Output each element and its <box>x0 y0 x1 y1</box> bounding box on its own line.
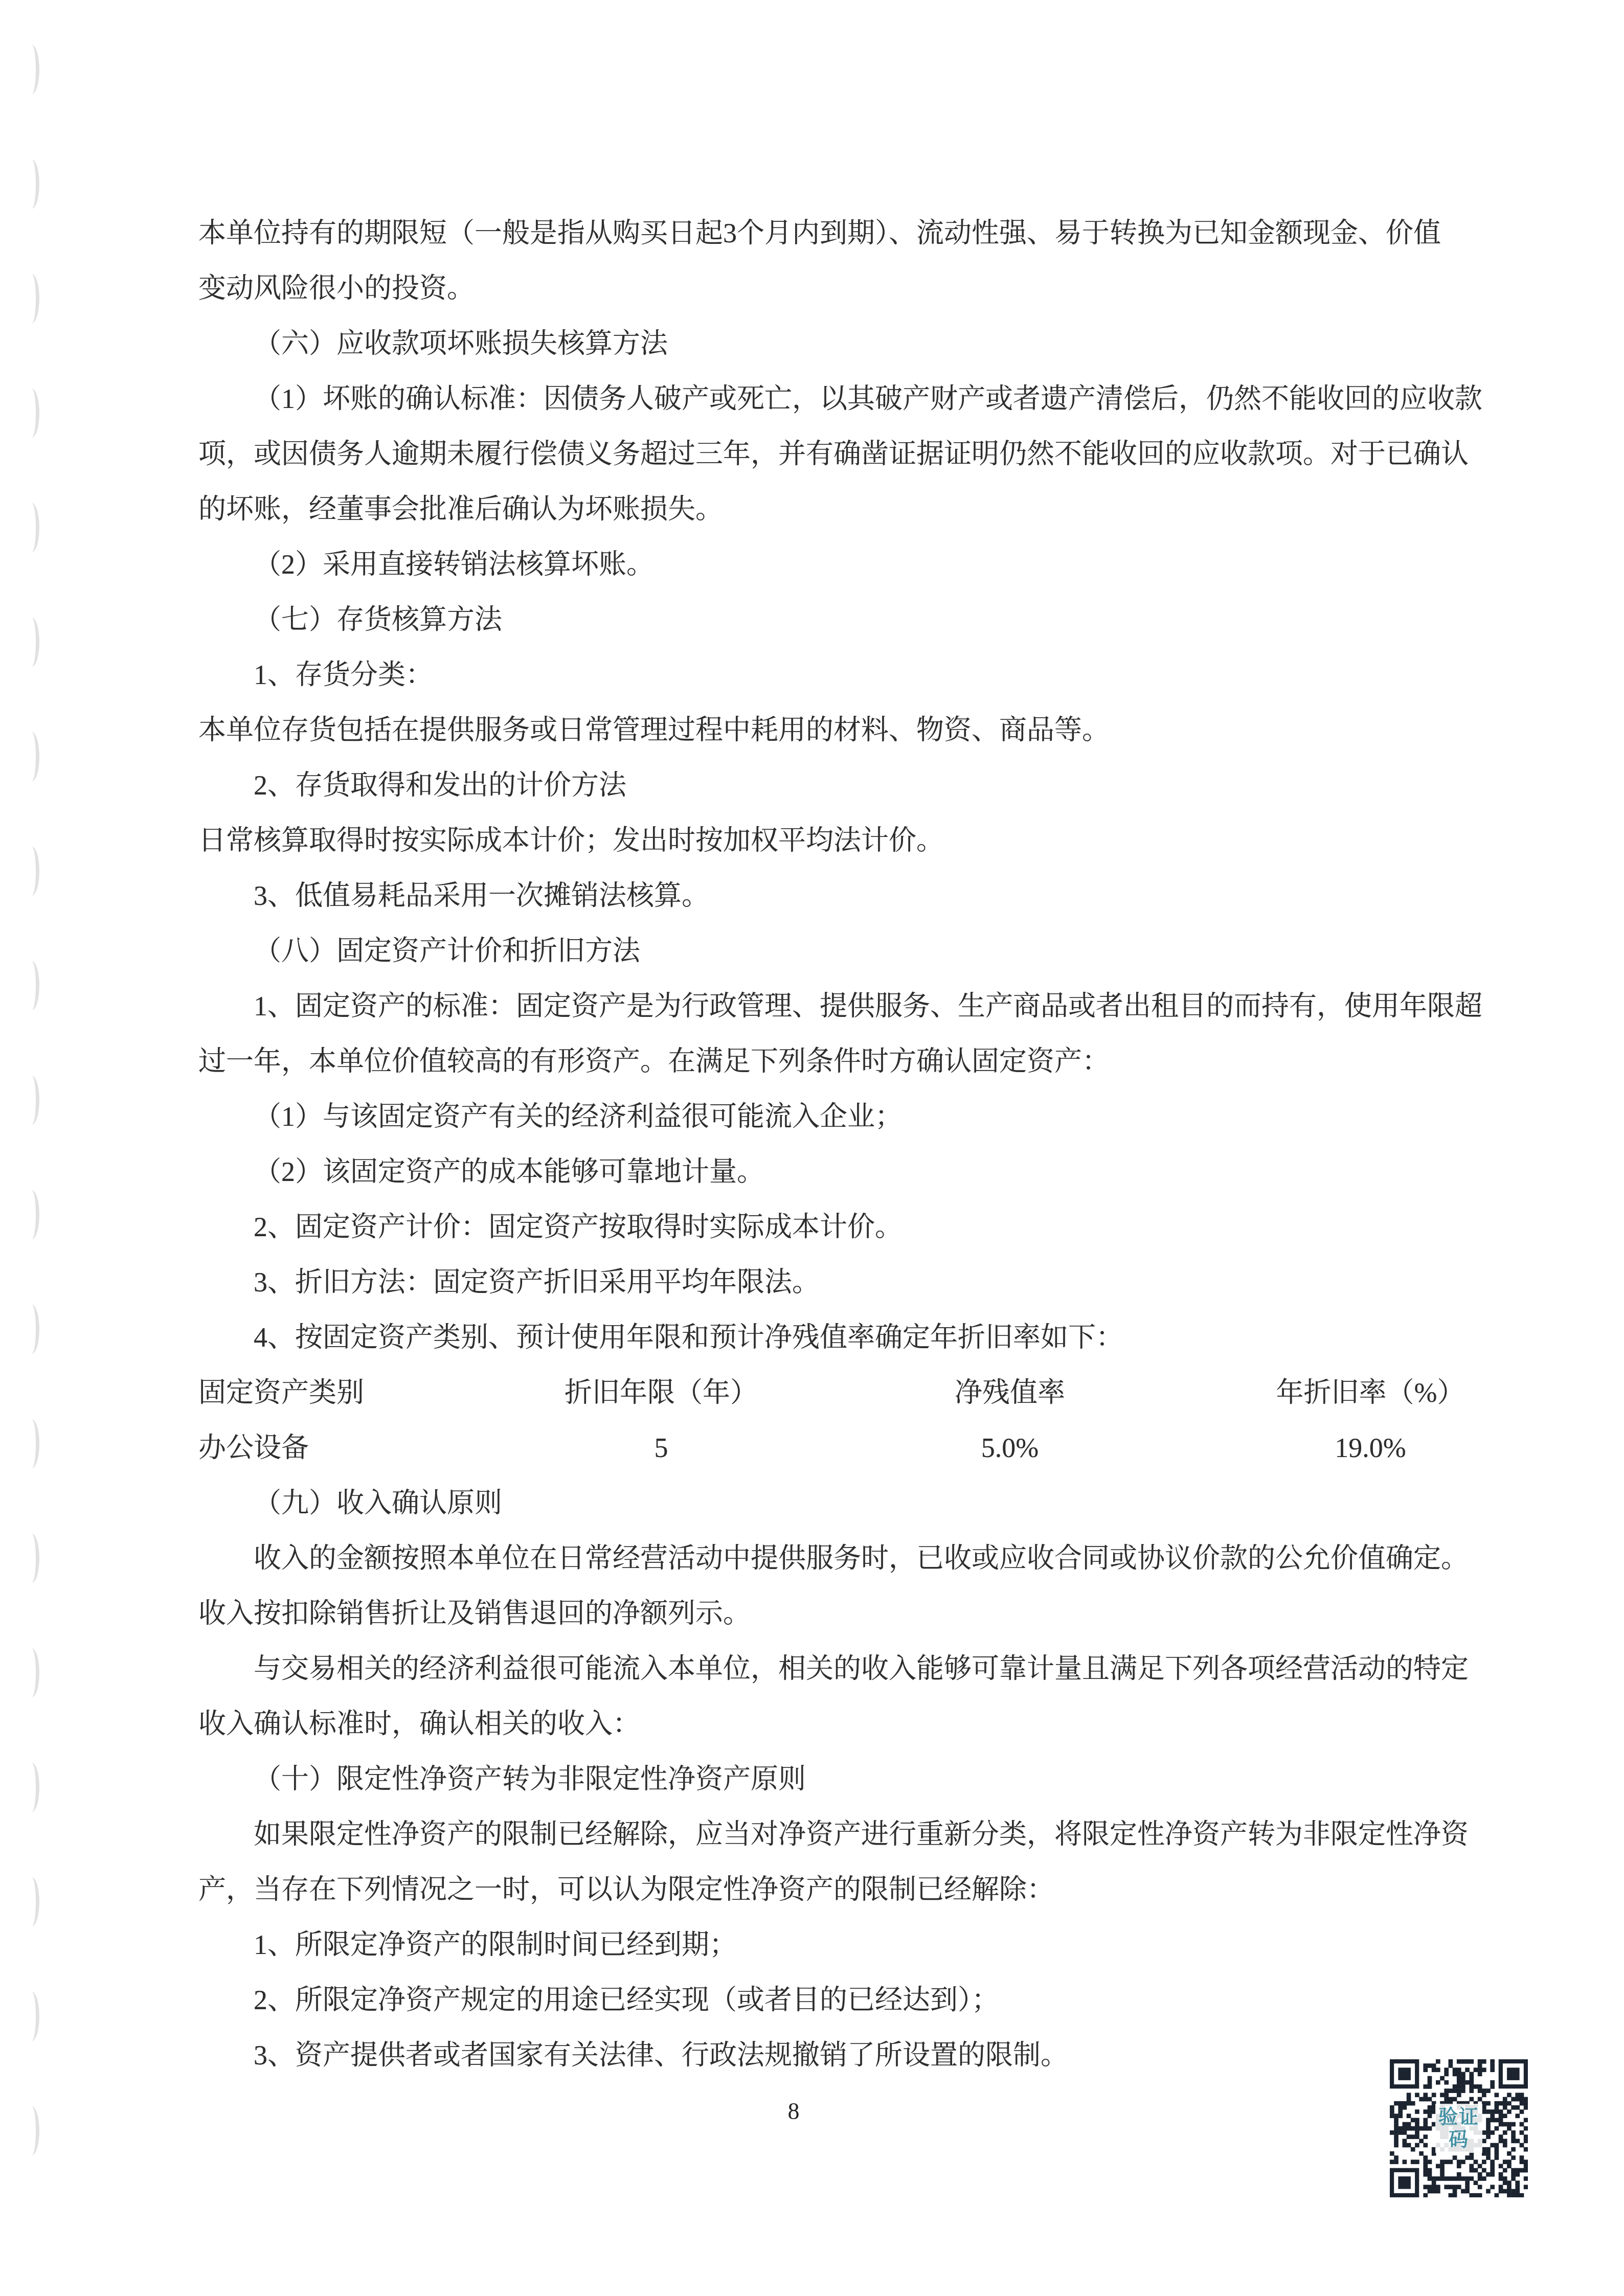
section-heading-6: （六）应收款项坏账损失核算方法 <box>198 316 1475 371</box>
document-line: （1）坏账的确认标准：因债务人破产或死亡，以其破产财产或者遗产清偿后，仍然不能收… <box>198 371 1475 426</box>
document-line: 如果限定性净资产的限制已经解除，应当对净资产进行重新分类，将限定性净资产转为非限… <box>198 1807 1475 1862</box>
document-line: （2）该固定资产的成本能够可靠地计量。 <box>198 1144 1475 1199</box>
qr-watermark-line2: 码 <box>1438 2128 1479 2151</box>
document-line: 本单位持有的期限短（一般是指从购买日起3个月内到期）、流动性强、易于转换为已知金… <box>198 206 1475 261</box>
binding-mark <box>29 1305 39 1354</box>
binding-mark <box>29 961 39 1010</box>
document-line: 收入确认标准时，确认相关的收入： <box>198 1696 1475 1752</box>
document-line: 3、资产提供者或者国家有关法律、行政法规撤销了所设置的限制。 <box>198 2028 1475 2083</box>
table-cell-depreciation-years: 5 <box>655 1420 668 1475</box>
binding-mark <box>29 1877 39 1926</box>
binding-mark <box>29 45 39 94</box>
table-header-residual-rate: 净残值率 <box>955 1365 1065 1420</box>
document-line: （1）与该固定资产有关的经济利益很可能流入企业； <box>198 1089 1475 1144</box>
document-line: 收入的金额按照本单位在日常经营活动中提供服务时，已收或应收合同或协议价款的公允价… <box>198 1531 1475 1586</box>
document-line: 4、按固定资产类别、预计使用年限和预计净残值率确定年折旧率如下： <box>198 1310 1475 1365</box>
table-header-annual-rate: 年折旧率（%） <box>1276 1365 1465 1420</box>
document-line: 产，当存在下列情况之一时，可以认为限定性净资产的限制已经解除： <box>198 1862 1475 1917</box>
qr-watermark-line1: 验证 <box>1438 2106 1479 2128</box>
binding-mark <box>29 847 39 896</box>
section-heading-7: （七）存货核算方法 <box>198 592 1475 647</box>
binding-mark <box>29 1992 39 2041</box>
section-heading-10: （十）限定性净资产转为非限定性净资产原则 <box>198 1752 1475 1807</box>
binding-mark <box>29 1190 39 1239</box>
binding-mark <box>29 2106 39 2155</box>
binding-mark <box>29 1076 39 1125</box>
binding-mark <box>29 1648 39 1697</box>
depreciation-table-row: 办公设备 5 5.0% 19.0% <box>198 1420 1475 1475</box>
document-line: 1、存货分类： <box>198 647 1475 702</box>
binding-mark <box>29 1534 39 1583</box>
binding-mark <box>29 1763 39 1812</box>
binding-mark <box>29 618 39 667</box>
binding-mark <box>29 160 39 209</box>
document-line: 1、固定资产的标准：固定资产是为行政管理、提供服务、生产商品或者出租目的而持有，… <box>198 979 1475 1034</box>
document-line: 本单位存货包括在提供服务或日常管理过程中耗用的材料、物资、商品等。 <box>198 702 1475 758</box>
document-body: 本单位持有的期限短（一般是指从购买日起3个月内到期）、流动性强、易于转换为已知金… <box>198 206 1475 2083</box>
document-line: 收入按扣除销售折让及销售退回的净额列示。 <box>198 1586 1475 1641</box>
binding-mark <box>29 274 39 323</box>
document-line: 2、存货取得和发出的计价方法 <box>198 758 1475 813</box>
document-line: 的坏账，经董事会批准后确认为坏账损失。 <box>198 482 1475 537</box>
document-line: 3、折旧方法：固定资产折旧采用平均年限法。 <box>198 1255 1475 1310</box>
scanned-document-page: 本单位持有的期限短（一般是指从购买日起3个月内到期）、流动性强、易于转换为已知金… <box>0 0 1624 2296</box>
table-cell-asset-category: 办公设备 <box>198 1420 309 1475</box>
document-line: 项，或因债务人逾期未履行偿债义务超过三年，并有确凿证据证明仍然不能收回的应收款项… <box>198 426 1475 482</box>
document-line: 与交易相关的经济利益很可能流入本单位，相关的收入能够可靠计量且满足下列各项经营活… <box>198 1641 1475 1696</box>
binding-mark <box>29 389 39 438</box>
qr-watermark-label: 验证 码 <box>1435 2104 1482 2153</box>
table-header-asset-category: 固定资产类别 <box>198 1365 364 1420</box>
document-line: 2、固定资产计价：固定资产按取得时实际成本计价。 <box>198 1199 1475 1255</box>
qr-code: 验证 码 <box>1390 2059 1528 2197</box>
document-line: 3、低值易耗品采用一次摊销法核算。 <box>198 868 1475 923</box>
binding-mark <box>29 732 39 781</box>
document-line: （2）采用直接转销法核算坏账。 <box>198 537 1475 592</box>
document-line: 1、所限定净资产的限制时间已经到期； <box>198 1917 1475 1972</box>
document-line: 2、所限定净资产规定的用途已经实现（或者目的已经达到）； <box>198 1972 1475 2028</box>
depreciation-table-header: 固定资产类别 折旧年限（年） 净残值率 年折旧率（%） <box>198 1365 1475 1420</box>
binding-mark <box>29 1419 39 1468</box>
document-line: 日常核算取得时按实际成本计价；发出时按加权平均法计价。 <box>198 813 1475 868</box>
page-number: 8 <box>763 2096 824 2127</box>
table-header-depreciation-years: 折旧年限（年） <box>565 1365 758 1420</box>
binding-mark <box>29 503 39 552</box>
section-heading-9: （九）收入确认原则 <box>198 1475 1475 1531</box>
document-line: 变动风险很小的投资。 <box>198 261 1475 316</box>
document-line: 过一年，本单位价值较高的有形资产。在满足下列条件时方确认固定资产： <box>198 1034 1475 1089</box>
section-heading-8: （八）固定资产计价和折旧方法 <box>198 923 1475 979</box>
table-cell-annual-rate: 19.0% <box>1335 1420 1406 1475</box>
table-cell-residual-rate: 5.0% <box>981 1420 1039 1475</box>
